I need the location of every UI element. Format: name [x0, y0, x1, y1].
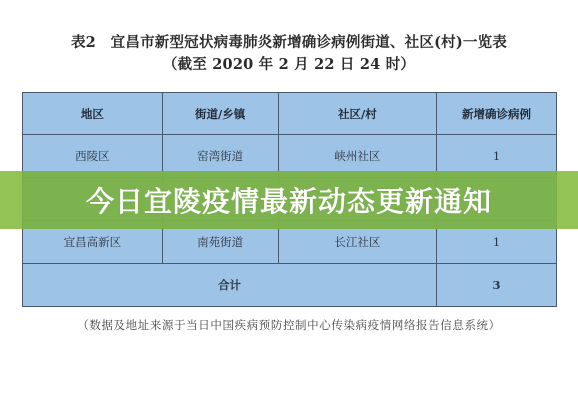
- banner-headline: 今日宜陵疫情最新动态更新通知: [86, 180, 492, 220]
- total-value: 3: [437, 264, 557, 307]
- document-subtitle: （截至 2020 年 2 月 22 日 24 时）: [0, 53, 578, 74]
- headline-banner: 今日宜陵疫情最新动态更新通知: [0, 171, 578, 229]
- header-street: 街道/乡镇: [162, 93, 278, 135]
- total-label: 合计: [23, 264, 437, 307]
- document-title: 表2 宜昌市新型冠状病毒肺炎新增确诊病例街道、社区(村)一览表: [0, 31, 578, 52]
- table-total-row: 合计 3: [23, 264, 557, 307]
- header-region: 地区: [23, 93, 163, 135]
- table-header-row: 地区 街道/乡镇 社区/村 新增确诊病例: [23, 93, 557, 135]
- source-footnote: （数据及地址来源于当日中国疾病预防控制中心传染病疫情网络报告信息系统）: [0, 317, 578, 333]
- header-community: 社区/村: [278, 93, 437, 135]
- header-new-cases: 新增确诊病例: [437, 93, 557, 135]
